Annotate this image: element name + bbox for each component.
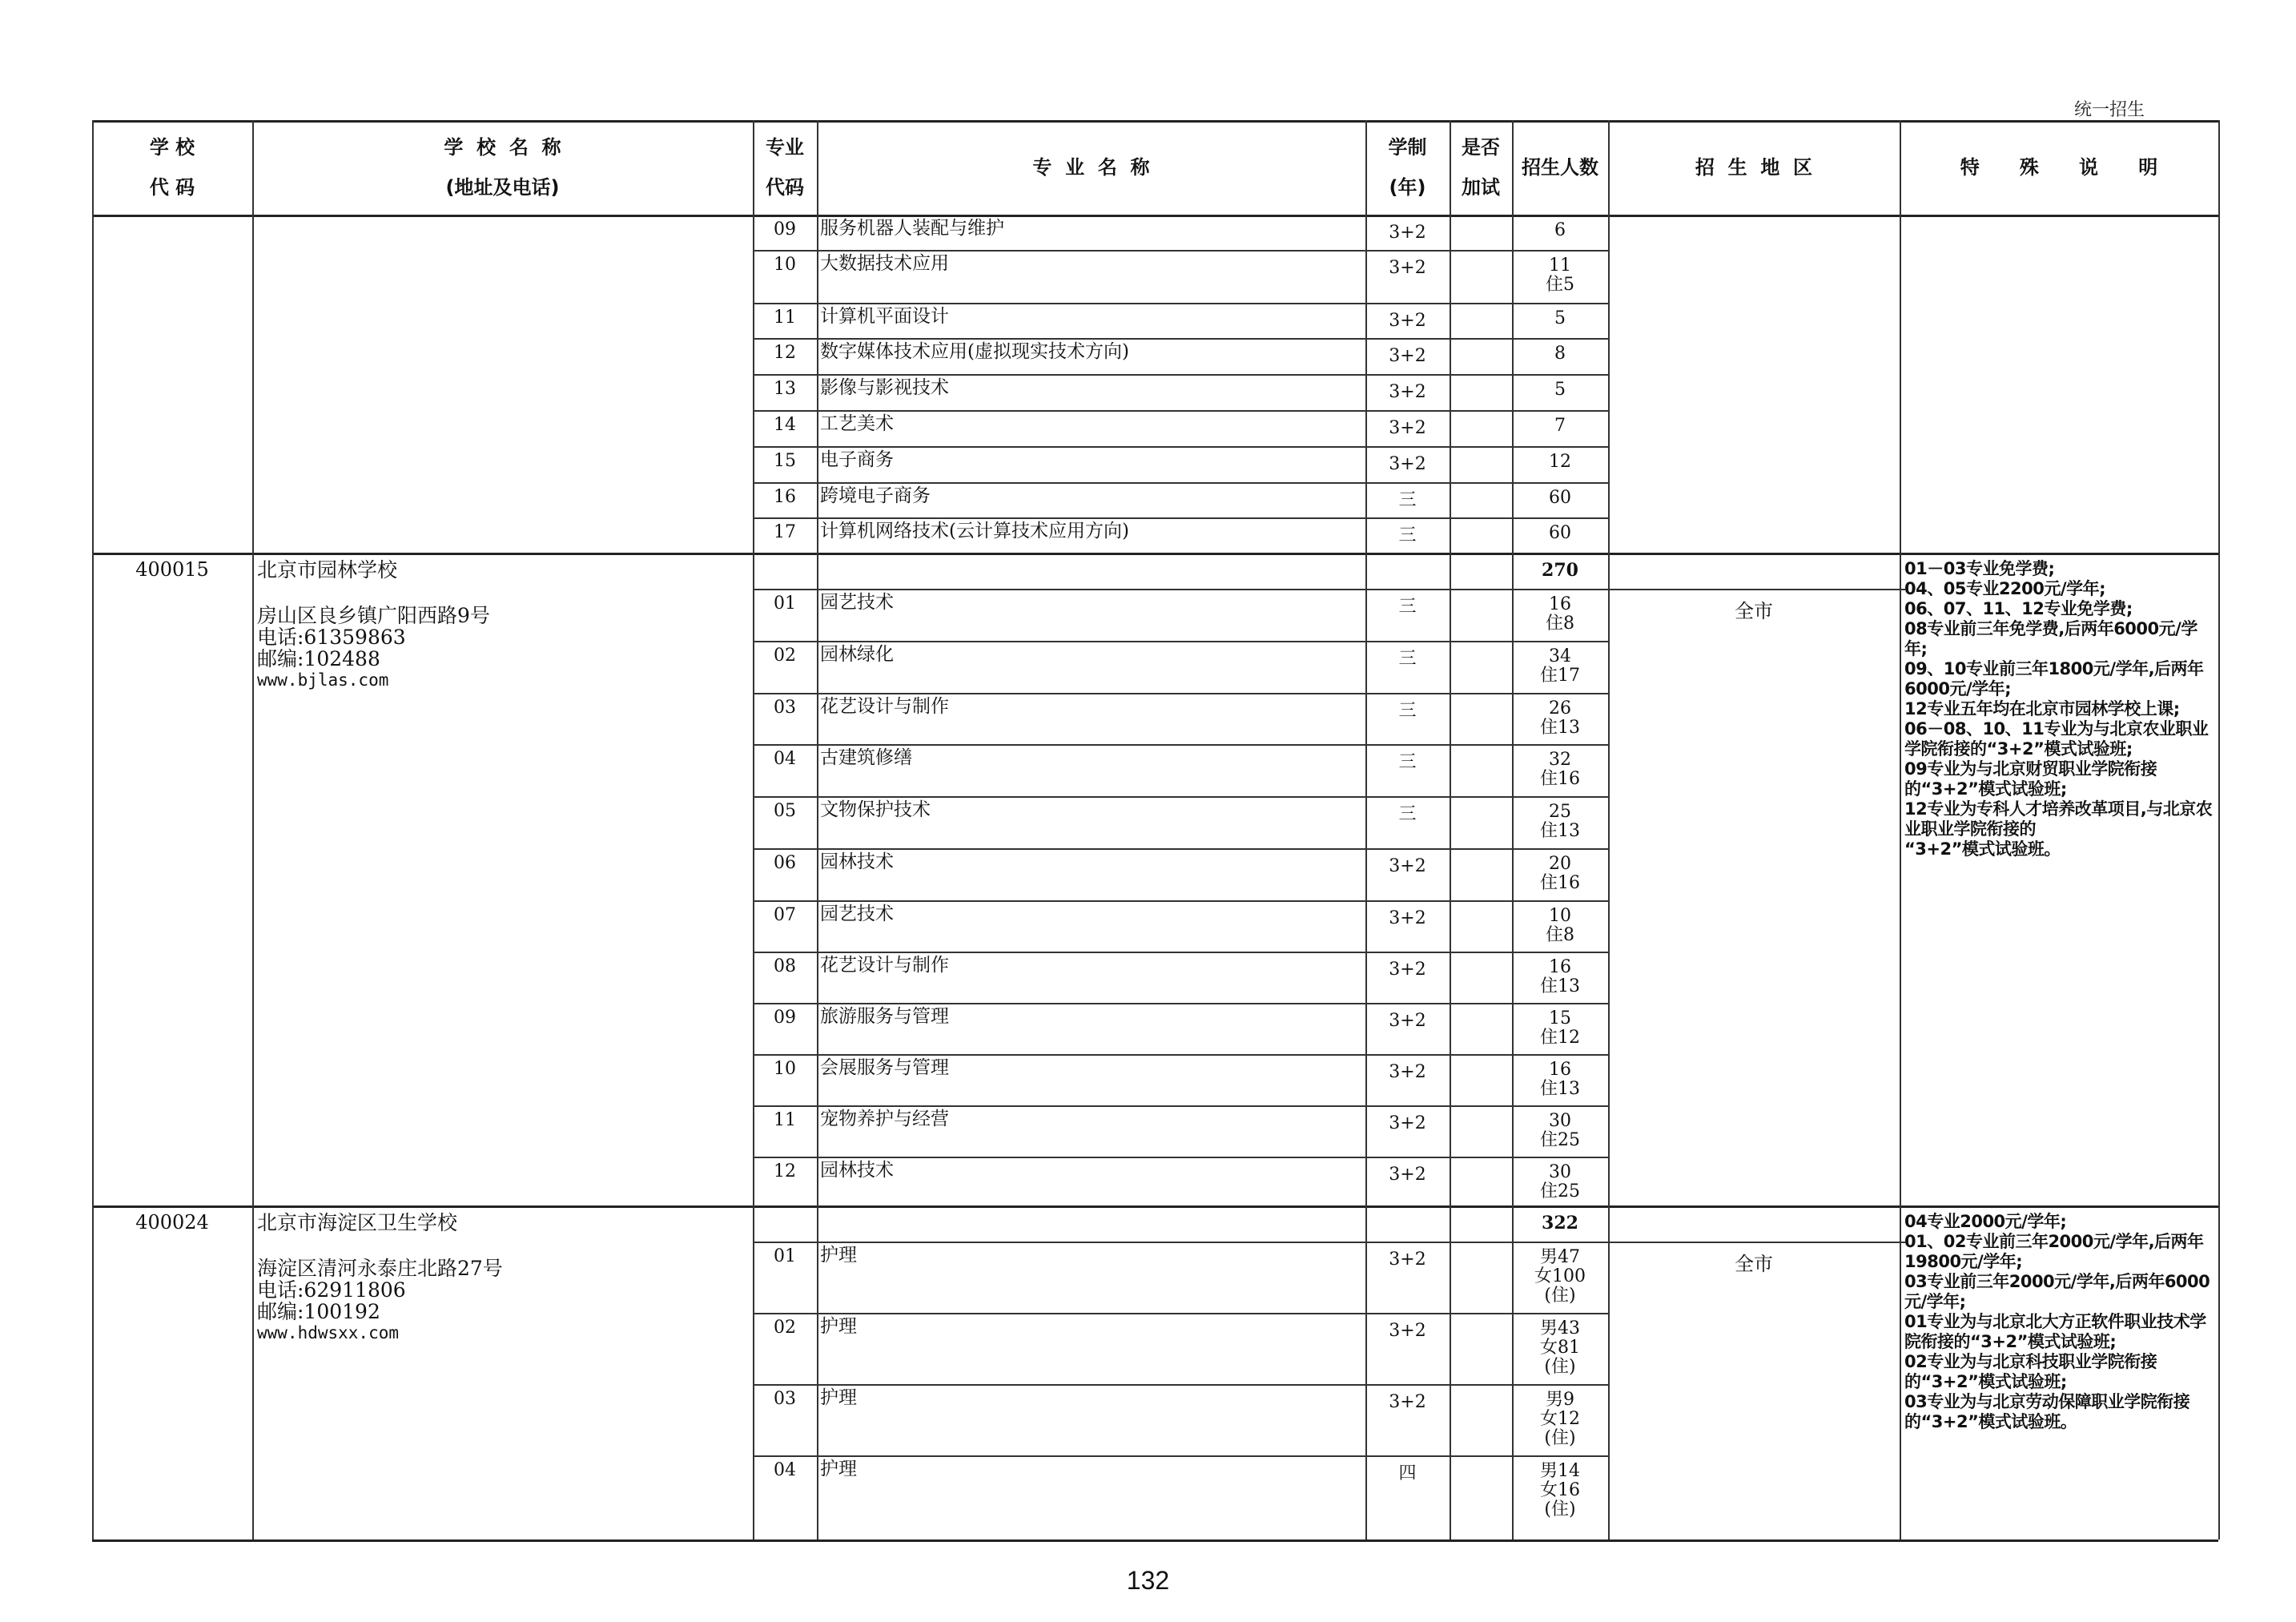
major-code: 03: [753, 698, 817, 718]
major-enrollment: 16住8: [1512, 595, 1608, 634]
major-duration: 3+2: [1365, 1165, 1450, 1185]
rule: [753, 1003, 1608, 1004]
rule: [753, 1313, 1608, 1314]
special-notes: 01－03专业免学费; 04、05专业2200元/学年; 06、07、11、12…: [1904, 559, 2214, 859]
header-duration-line: (年): [1389, 167, 1426, 207]
major-enrollment: 16住13: [1512, 958, 1608, 996]
enrollment-line: 8: [1512, 344, 1608, 364]
major-code: 08: [753, 956, 817, 977]
header-school-code: 学 校代 码: [92, 120, 252, 215]
rule: [753, 589, 1900, 590]
rule: [753, 1105, 1608, 1107]
major-code: 03: [753, 1389, 817, 1410]
column-rule: [817, 120, 818, 215]
major-code: 13: [753, 379, 817, 400]
rule: [753, 482, 1608, 484]
column-rule: [1450, 215, 1451, 553]
major-enrollment: 男14女16(住): [1512, 1462, 1608, 1519]
enrollment-line: 16: [1512, 1061, 1608, 1080]
header-extra-test-line: 加试: [1462, 167, 1500, 207]
enrollment-line: 25: [1512, 803, 1608, 822]
major-name: 护理: [820, 1387, 1362, 1408]
column-rule: [252, 553, 254, 1205]
enrollment-line: 住16: [1512, 874, 1608, 893]
major-code: 04: [753, 749, 817, 770]
major-code: 05: [753, 801, 817, 822]
rule: [753, 250, 1608, 252]
major-enrollment: 6: [1512, 221, 1608, 240]
major-duration: 3+2: [1365, 311, 1450, 332]
major-enrollment: 男43女81(住): [1512, 1319, 1608, 1377]
enrollment-line: 女81: [1512, 1338, 1608, 1358]
school-info: 北京市海淀区卫生学校海淀区清河永泰庄北路27号电话:62911806邮编:100…: [257, 1212, 748, 1344]
major-enrollment: 男47女100(住): [1512, 1248, 1608, 1306]
major-enrollment: 10住8: [1512, 907, 1608, 945]
school-website-link[interactable]: www.bjlas.com: [257, 670, 748, 691]
enrollment-line: (住): [1512, 1286, 1608, 1306]
major-code: 07: [753, 905, 817, 926]
column-rule: [1450, 1205, 1451, 1539]
major-duration: 3+2: [1365, 856, 1450, 877]
major-code: 04: [753, 1460, 817, 1481]
enrollment-total: 270: [1512, 561, 1608, 580]
major-duration: 3+2: [1365, 1113, 1450, 1134]
major-name: 计算机平面设计: [820, 306, 1362, 327]
major-name: 工艺美术: [820, 413, 1362, 434]
major-duration: 3+2: [1365, 258, 1450, 279]
school-code: 400015: [92, 559, 252, 580]
school-address-line: 海淀区清河永泰庄北路27号: [257, 1258, 748, 1279]
enrollment-line: 11: [1512, 256, 1608, 276]
school-address-line: 电话:62911806: [257, 1279, 748, 1301]
major-name: 数字媒体技术应用(虚拟现实技术方向): [820, 341, 1362, 362]
enrollment-line: 男47: [1512, 1248, 1608, 1267]
enrollment-line: 7: [1512, 417, 1608, 436]
header-notes: 特 殊 说 明: [1900, 120, 2218, 215]
enrollment-line: 6: [1512, 221, 1608, 240]
major-name: 园林技术: [820, 1160, 1362, 1181]
major-enrollment: 60: [1512, 524, 1608, 543]
header-region-line: 招 生 地 区: [1695, 147, 1812, 187]
header-enrollment-line: 招生人数: [1522, 147, 1598, 187]
major-name: 大数据技术应用: [820, 253, 1362, 274]
enrollment-line: 女12: [1512, 1410, 1608, 1429]
major-duration: 四: [1365, 1463, 1450, 1484]
rule: [1900, 589, 1906, 590]
enrollment-line: 住17: [1512, 666, 1608, 686]
major-enrollment: 15住12: [1512, 1009, 1608, 1048]
header-major-name: 专 业 名 称: [817, 120, 1365, 215]
header-major-code: 专业代码: [753, 120, 817, 215]
school-website-link[interactable]: www.hdwsxx.com: [257, 1322, 748, 1344]
major-enrollment: 25住13: [1512, 803, 1608, 841]
major-duration: 3+2: [1365, 1250, 1450, 1270]
enrollment-total: 322: [1512, 1213, 1608, 1233]
major-duration: 3+2: [1365, 960, 1450, 980]
major-enrollment: 26住13: [1512, 699, 1608, 738]
column-rule: [92, 1205, 94, 1539]
major-code: 17: [753, 522, 817, 543]
major-name: 旅游服务与管理: [820, 1006, 1362, 1027]
enrollment-line: 32: [1512, 751, 1608, 770]
rule: [753, 338, 1608, 340]
rule: [1900, 1242, 1906, 1243]
major-code: 01: [753, 1246, 817, 1267]
major-name: 会展服务与管理: [820, 1057, 1362, 1078]
enrollment-line: 30: [1512, 1112, 1608, 1131]
school-info: 北京市园林学校房山区良乡镇广阳西路9号电话:61359863邮编:102488w…: [257, 559, 748, 691]
major-name: 服务机器人装配与维护: [820, 218, 1362, 239]
header-school-code-line: 代 码: [150, 167, 195, 207]
rule: [753, 744, 1608, 746]
enrollment-line: 住16: [1512, 770, 1608, 789]
major-name: 园艺技术: [820, 592, 1362, 613]
enrollment-line: 住8: [1512, 926, 1608, 945]
header-major-code-line: 代码: [766, 167, 804, 207]
major-enrollment: 30住25: [1512, 1112, 1608, 1150]
major-name: 文物保护技术: [820, 799, 1362, 820]
column-rule: [92, 215, 94, 553]
rule: [753, 410, 1608, 412]
major-enrollment: 32住16: [1512, 751, 1608, 789]
enrollment-line: 34: [1512, 647, 1608, 666]
major-code: 09: [753, 1008, 817, 1028]
enrollment-line: 住13: [1512, 977, 1608, 996]
major-duration: 3+2: [1365, 1392, 1450, 1413]
enrollment-line: 60: [1512, 524, 1608, 543]
rule: [753, 848, 1608, 850]
enrollment-region: 全市: [1608, 1248, 1900, 1276]
rule: [753, 1054, 1608, 1056]
rule: [753, 1242, 1900, 1243]
enrollment-line: 住25: [1512, 1182, 1608, 1201]
column-rule: [92, 553, 94, 1205]
enrollment-line: (住): [1512, 1429, 1608, 1448]
major-duration: 三: [1365, 752, 1450, 773]
column-rule: [1900, 120, 1901, 215]
enrollment-line: 住13: [1512, 718, 1608, 738]
column-rule: [2218, 553, 2220, 1205]
major-name: 护理: [820, 1245, 1362, 1266]
major-code: 15: [753, 451, 817, 472]
rule: [753, 641, 1608, 642]
enrollment-line: 女16: [1512, 1481, 1608, 1500]
column-rule: [252, 1205, 254, 1539]
column-rule: [1608, 553, 1610, 1205]
major-name: 花艺设计与制作: [820, 696, 1362, 717]
enrollment-line: 16: [1512, 595, 1608, 614]
header-major-name-line: 专 业 名 称: [1032, 147, 1149, 187]
major-enrollment: 34住17: [1512, 647, 1608, 686]
header-duration-line: 学制: [1389, 127, 1427, 167]
major-code: 12: [753, 343, 817, 364]
major-duration: 三: [1365, 490, 1450, 511]
major-name: 护理: [820, 1316, 1362, 1337]
major-duration: 3+2: [1365, 418, 1450, 439]
enrollment-line: 住13: [1512, 822, 1608, 841]
rule: [753, 796, 1608, 798]
major-enrollment: 20住16: [1512, 855, 1608, 893]
major-code: 06: [753, 853, 817, 874]
school-name: 北京市园林学校: [257, 559, 748, 581]
enrollment-line: 5: [1512, 309, 1608, 328]
column-rule: [1608, 120, 1610, 215]
major-code: 01: [753, 594, 817, 614]
rule: [753, 446, 1608, 448]
major-name: 古建筑修缮: [820, 747, 1362, 768]
major-duration: 3+2: [1365, 1011, 1450, 1032]
column-rule: [1512, 120, 1514, 215]
enrollment-line: 男14: [1512, 1462, 1608, 1481]
rule: [753, 900, 1608, 902]
major-code: 10: [753, 255, 817, 276]
column-rule: [2218, 120, 2220, 215]
column-rule: [2218, 215, 2220, 553]
page-number: 132: [0, 1566, 2296, 1596]
rule: [753, 1157, 1608, 1158]
major-duration: 3+2: [1365, 1062, 1450, 1083]
column-rule: [252, 120, 254, 215]
major-duration: 三: [1365, 701, 1450, 722]
enrollment-line: 10: [1512, 907, 1608, 926]
rule: [753, 517, 1608, 519]
column-rule: [1365, 120, 1367, 215]
column-rule: [1900, 215, 1901, 553]
major-name: 跨境电子商务: [820, 485, 1362, 506]
column-rule: [817, 1205, 818, 1539]
rule: [753, 693, 1608, 694]
header-notes-line: 特 殊 说 明: [1960, 147, 2157, 187]
major-code: 11: [753, 308, 817, 328]
school-address-line: 邮编:100192: [257, 1301, 748, 1322]
major-enrollment: 16住13: [1512, 1061, 1608, 1099]
major-name: 园林绿化: [820, 644, 1362, 665]
enrollment-line: 30: [1512, 1163, 1608, 1182]
column-rule: [92, 120, 94, 215]
enrollment-line: 16: [1512, 958, 1608, 977]
header-duration: 学制(年): [1365, 120, 1450, 215]
major-enrollment: 5: [1512, 380, 1608, 400]
enrollment-line: 5: [1512, 380, 1608, 400]
enrollment-region: 全市: [1608, 595, 1900, 623]
rule: [753, 1455, 1608, 1457]
major-name: 宠物养护与经营: [820, 1109, 1362, 1129]
major-duration: 3+2: [1365, 908, 1450, 929]
major-code: 02: [753, 1318, 817, 1338]
special-notes: 04专业2000元/学年; 01、02专业前三年2000元/学年,后两年1980…: [1904, 1212, 2214, 1432]
school-code: 400024: [92, 1212, 252, 1233]
enrollment-line: 女100: [1512, 1267, 1608, 1286]
major-enrollment: 11住5: [1512, 256, 1608, 295]
major-duration: 3+2: [1365, 1321, 1450, 1342]
rule: [753, 952, 1608, 953]
header-region: 招 生 地 区: [1608, 120, 1900, 215]
enrollment-line: 男43: [1512, 1319, 1608, 1338]
school-address-line: 房山区良乡镇广阳西路9号: [257, 605, 748, 626]
enrollment-line: 20: [1512, 855, 1608, 874]
major-duration: 三: [1365, 525, 1450, 546]
header-school-code-line: 学 校: [150, 127, 195, 167]
major-code: 14: [753, 415, 817, 436]
major-name: 园艺技术: [820, 904, 1362, 924]
enrollment-line: 12: [1512, 453, 1608, 472]
enrollment-line: (住): [1512, 1358, 1608, 1377]
column-rule: [753, 120, 754, 215]
major-code: 09: [753, 219, 817, 240]
major-enrollment: 5: [1512, 309, 1608, 328]
rule: [753, 303, 1608, 304]
rule: [92, 1539, 2218, 1542]
header-school-name-line: 学 校 名 称: [444, 127, 561, 167]
major-code: 02: [753, 646, 817, 666]
enrollment-line: 26: [1512, 699, 1608, 718]
major-name: 园林技术: [820, 851, 1362, 872]
header-extra-test-line: 是否: [1462, 127, 1500, 167]
header-school-name-line: (地址及电话): [446, 167, 560, 207]
column-rule: [252, 215, 254, 553]
enrollment-line: 住25: [1512, 1131, 1608, 1150]
column-rule: [817, 215, 818, 553]
major-name: 护理: [820, 1459, 1362, 1479]
header-school-name: 学 校 名 称(地址及电话): [252, 120, 753, 215]
major-duration: 3+2: [1365, 223, 1450, 244]
major-duration: 三: [1365, 804, 1450, 825]
enrollment-line: 住12: [1512, 1028, 1608, 1048]
school-address-line: 电话:61359863: [257, 626, 748, 648]
major-duration: 三: [1365, 597, 1450, 618]
column-rule: [1900, 553, 1901, 1205]
major-duration: 三: [1365, 649, 1450, 670]
major-duration: 3+2: [1365, 346, 1450, 367]
major-name: 影像与影视技术: [820, 377, 1362, 398]
column-rule: [817, 553, 818, 1205]
major-enrollment: 60: [1512, 489, 1608, 508]
major-duration: 3+2: [1365, 382, 1450, 403]
major-code: 11: [753, 1110, 817, 1131]
school-name: 北京市海淀区卫生学校: [257, 1212, 748, 1234]
header-extra-test: 是否加试: [1450, 120, 1512, 215]
enrollment-line: 15: [1512, 1009, 1608, 1028]
major-enrollment: 7: [1512, 417, 1608, 436]
major-code: 10: [753, 1059, 817, 1080]
column-rule: [1900, 1205, 1901, 1539]
corner-label: 统一招生: [2074, 96, 2145, 121]
enrollment-line: 住13: [1512, 1080, 1608, 1099]
major-code: 16: [753, 487, 817, 508]
header-enrollment: 招生人数: [1512, 120, 1608, 215]
rule: [753, 1384, 1608, 1386]
enrollment-line: 男9: [1512, 1391, 1608, 1410]
column-rule: [2218, 1205, 2220, 1539]
major-enrollment: 30住25: [1512, 1163, 1608, 1201]
major-name: 计算机网络技术(云计算技术应用方向): [820, 521, 1362, 541]
major-enrollment: 12: [1512, 453, 1608, 472]
major-code: 12: [753, 1161, 817, 1182]
enrollment-line: 住5: [1512, 276, 1608, 295]
school-address-line: 邮编:102488: [257, 648, 748, 670]
column-rule: [1450, 553, 1451, 1205]
major-name: 电子商务: [820, 449, 1362, 470]
enrollment-line: 60: [1512, 489, 1608, 508]
enrollment-line: (住): [1512, 1500, 1608, 1519]
major-name: 花艺设计与制作: [820, 955, 1362, 976]
major-enrollment: 男9女12(住): [1512, 1391, 1608, 1448]
column-rule: [1608, 215, 1610, 553]
enrollment-line: 住8: [1512, 614, 1608, 634]
rule: [753, 374, 1608, 376]
column-rule: [1450, 120, 1451, 215]
header-major-code-line: 专业: [766, 127, 804, 167]
major-enrollment: 8: [1512, 344, 1608, 364]
major-duration: 3+2: [1365, 454, 1450, 475]
